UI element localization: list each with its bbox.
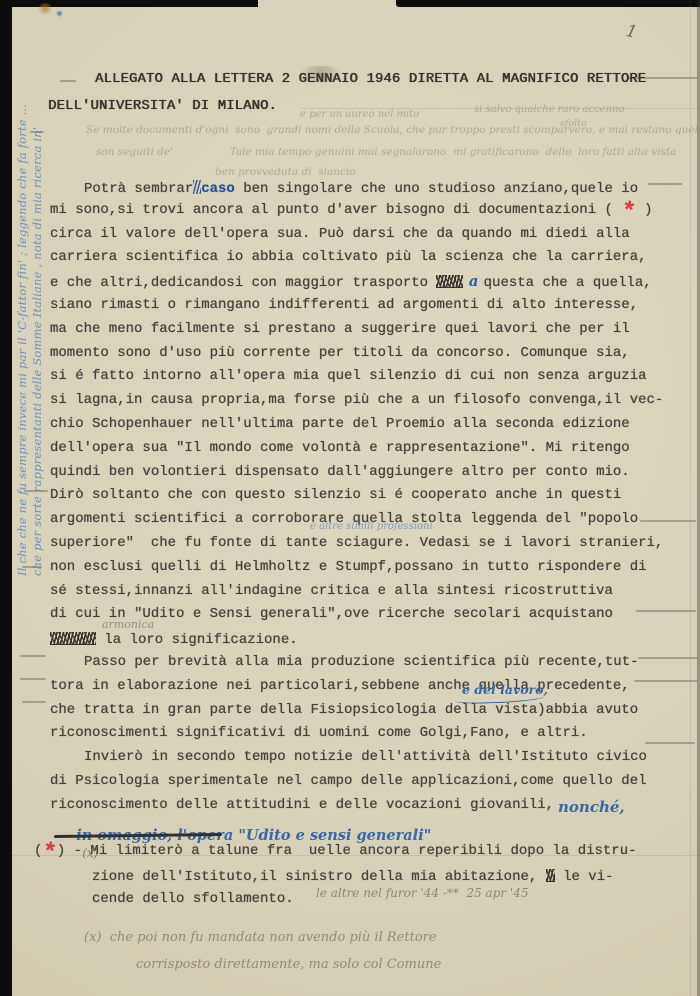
margin-dash: [636, 610, 696, 612]
typed-line: dell'opera sua "Il mondo come volontà e …: [50, 440, 630, 456]
page-number: 1: [624, 21, 639, 43]
typed-text: Potrà sembrar: [84, 181, 193, 197]
typed-text: sé stessi,innanzi all'indagine critica e…: [50, 583, 613, 599]
typed-text: di Psicologia sperimentale nel campo del…: [50, 773, 647, 789]
typed-line: la loro significazione.: [50, 630, 298, 648]
typed-text: quindi ben volontieri dispensato dall'ag…: [50, 464, 630, 480]
typed-text: sfolto: [560, 118, 587, 129]
pencil-note: son seguiti de' Tale mia tempo genuini m…: [96, 146, 676, 158]
typed-text: riconoscimenti significativi di uomini c…: [50, 725, 588, 741]
typed-line: chio Schopenhauer nell'ultima parte del …: [50, 416, 630, 432]
interlinear-note-armonica: armonica: [102, 618, 154, 631]
ink-blot: [56, 10, 63, 17]
typed-text: e per un aureo nel mito: [300, 109, 419, 120]
typed-text: superiore" che fu fonte di tante sciagur…: [50, 535, 663, 551]
typed-text: cende dello sfollamento.: [92, 891, 294, 907]
pencil-note: sfolto: [560, 118, 587, 129]
typed-line: riconoscimenti significativi di uomini c…: [50, 725, 588, 741]
pencil-note: si salvo qualche raro accenno: [474, 104, 625, 115]
margin-note-line: Il che che ne fu sempre invece mi par il…: [15, 28, 30, 576]
typed-text: ): [636, 202, 653, 218]
typed-line: superiore" che fu fonte di tante sciagur…: [50, 535, 663, 551]
typed-line: carriera scientifica io abbia coltivato …: [50, 249, 647, 265]
margin-dash: [640, 520, 696, 522]
typed-line: circa il valore dell'opera sua. Può dars…: [50, 226, 630, 242]
typed-text: non esclusi quelli di Helmholtz e Stumpf…: [50, 559, 647, 575]
typed-text: momento sono d'uso più corrente per tito…: [50, 345, 630, 361]
page-title-line1: ALLEGATO ALLA LETTERA 2 GENNAIO 1946 DIR…: [95, 72, 646, 87]
handwritten-insertion: a: [463, 272, 483, 290]
typed-line: di Psicologia sperimentale nel campo del…: [50, 773, 647, 789]
typed-line: non esclusi quelli di Helmholtz e Stumpf…: [50, 559, 647, 575]
scribbled-out-word: [193, 180, 201, 194]
pencil-note: e per un aureo nel mito: [300, 109, 419, 120]
overwritten-word-blue: caso: [201, 181, 235, 197]
typed-line: sé stessi,innanzi all'indagine critica e…: [50, 583, 613, 599]
typed-text: ben singolare che uno studioso anziano,q…: [235, 181, 638, 197]
typed-text: Dirò soltanto che con questo silenzio si…: [50, 487, 621, 503]
typed-text: mi sono,si trovi ancora al punto d'aver …: [50, 202, 621, 218]
margin-dash: [638, 657, 698, 659]
typed-line: si é fatto intorno all'opera mia quel si…: [50, 368, 647, 384]
typed-text: siano rimasti o rimangano indifferenti a…: [50, 297, 638, 313]
scribbled-out-word: [546, 869, 555, 882]
typed-text: circa il valore dell'opera sua. Può dars…: [50, 226, 630, 242]
page-title-line2: DELL'UNIVERSITA' DI MILANO.: [48, 99, 277, 114]
bottom-pencil-note-line1: (x) che poi non fu mandata non avendo pi…: [84, 930, 437, 945]
typed-line: si lagna,in causa propria,ma forse più c…: [50, 392, 663, 408]
interlinear-note-professioni: e altre simili professioni: [310, 521, 433, 532]
typed-text: le vi-: [555, 869, 614, 885]
typed-text: son seguiti de' Tale mia tempo genuini m…: [96, 146, 676, 158]
margin-dash: [634, 680, 698, 682]
typed-line: siano rimasti o rimangano indifferenti a…: [50, 297, 638, 313]
typed-text: Passo per brevità alla mia produzione sc…: [84, 654, 639, 670]
red-asterisk: *: [621, 212, 635, 214]
paper-stain: [36, 3, 54, 14]
scribbled-out-word: [436, 275, 463, 288]
typed-text: ) - Mi limiterò a talune fra uelle ancor…: [57, 843, 637, 859]
typed-text: si lagna,in causa propria,ma forse più c…: [50, 392, 663, 408]
pencil-note: Se molte documenti d'ogni sono grandi no…: [86, 124, 700, 136]
margin-dash: [60, 80, 76, 82]
typed-line: che tratta in gran parte della Fisiopsic…: [50, 702, 638, 718]
typed-line: quindi ben volontieri dispensato dall'ag…: [50, 464, 630, 480]
typed-text: questa che a quella,: [484, 275, 652, 291]
typed-text: si é fatto intorno all'opera mia quel si…: [50, 368, 647, 384]
typed-line: Dirò soltanto che con questo silenzio si…: [50, 487, 621, 503]
scanned-letter-page: 1 Il che che ne fu sempre invece mi par …: [0, 0, 700, 996]
typed-line: Invierò in secondo tempo notizie dell'at…: [84, 749, 647, 765]
red-asterisk: *: [42, 853, 56, 855]
margin-dash: [22, 701, 46, 703]
margin-dash: [645, 742, 695, 744]
footnote-line: cende dello sfollamento.: [92, 891, 294, 907]
typed-line: e che altri,dedicandosi con maggior tras…: [50, 273, 652, 291]
scan-edge-left: [0, 0, 12, 996]
pencil-note: ben provveduta di slancio: [215, 166, 356, 178]
margin-dash: [20, 678, 46, 680]
typed-text: dell'opera sua "Il mondo come volontà e …: [50, 440, 630, 456]
margin-note-vertical: Il che che ne fu sempre invece mi par il…: [15, 28, 45, 576]
typed-line: ma che meno facilmente si prestano a sug…: [50, 321, 630, 337]
typed-text: la loro significazione.: [96, 632, 298, 648]
typed-line: Passo per brevità alla mia produzione sc…: [84, 654, 639, 670]
typed-text: ma che meno facilmente si prestano a sug…: [50, 321, 630, 337]
typed-line: Potrà sembrarcaso ben singolare che uno …: [84, 178, 638, 197]
scan-edge-top: [396, 0, 700, 7]
typed-line: mi sono,si trovi ancora al punto d'aver …: [50, 202, 653, 218]
typed-text: e che altri,dedicandosi con maggior tras…: [50, 275, 436, 291]
typed-text: ben provveduta di slancio: [215, 166, 356, 178]
margin-note-line: che per sorte rappresentanti delle Somme…: [30, 28, 45, 576]
handwritten-nonche: nonché,: [558, 798, 625, 816]
footnote-line: zione dell'Istituto,il sinistro della mi…: [92, 867, 614, 885]
typed-text: Invierò in secondo tempo notizie dell'at…: [84, 749, 647, 765]
typed-text: Se molte documenti d'ogni sono grandi no…: [86, 124, 700, 136]
paper-crease: [690, 0, 691, 996]
margin-dash: [648, 183, 682, 185]
bottom-pencil-note-line2: corrisposto direttamente, ma solo col Co…: [136, 957, 441, 972]
typed-text: che tratta in gran parte della Fisiopsic…: [50, 702, 638, 718]
typed-text: zione dell'Istituto,il sinistro della mi…: [92, 869, 546, 885]
typed-text: chio Schopenhauer nell'ultima parte del …: [50, 416, 630, 432]
footnote-pencil-tail: le altre nel furor '44 -** 25 apr '45: [316, 886, 529, 900]
scribbled-out-word: [50, 632, 96, 645]
footnote-line: (*) - Mi limiterò a talune fra uelle anc…: [34, 843, 637, 859]
margin-dash: [20, 655, 46, 657]
typed-text: carriera scientifica io abbia coltivato …: [50, 249, 647, 265]
typed-line: momento sono d'uso più corrente per tito…: [50, 345, 630, 361]
typed-text: si salvo qualche raro accenno: [474, 104, 625, 115]
